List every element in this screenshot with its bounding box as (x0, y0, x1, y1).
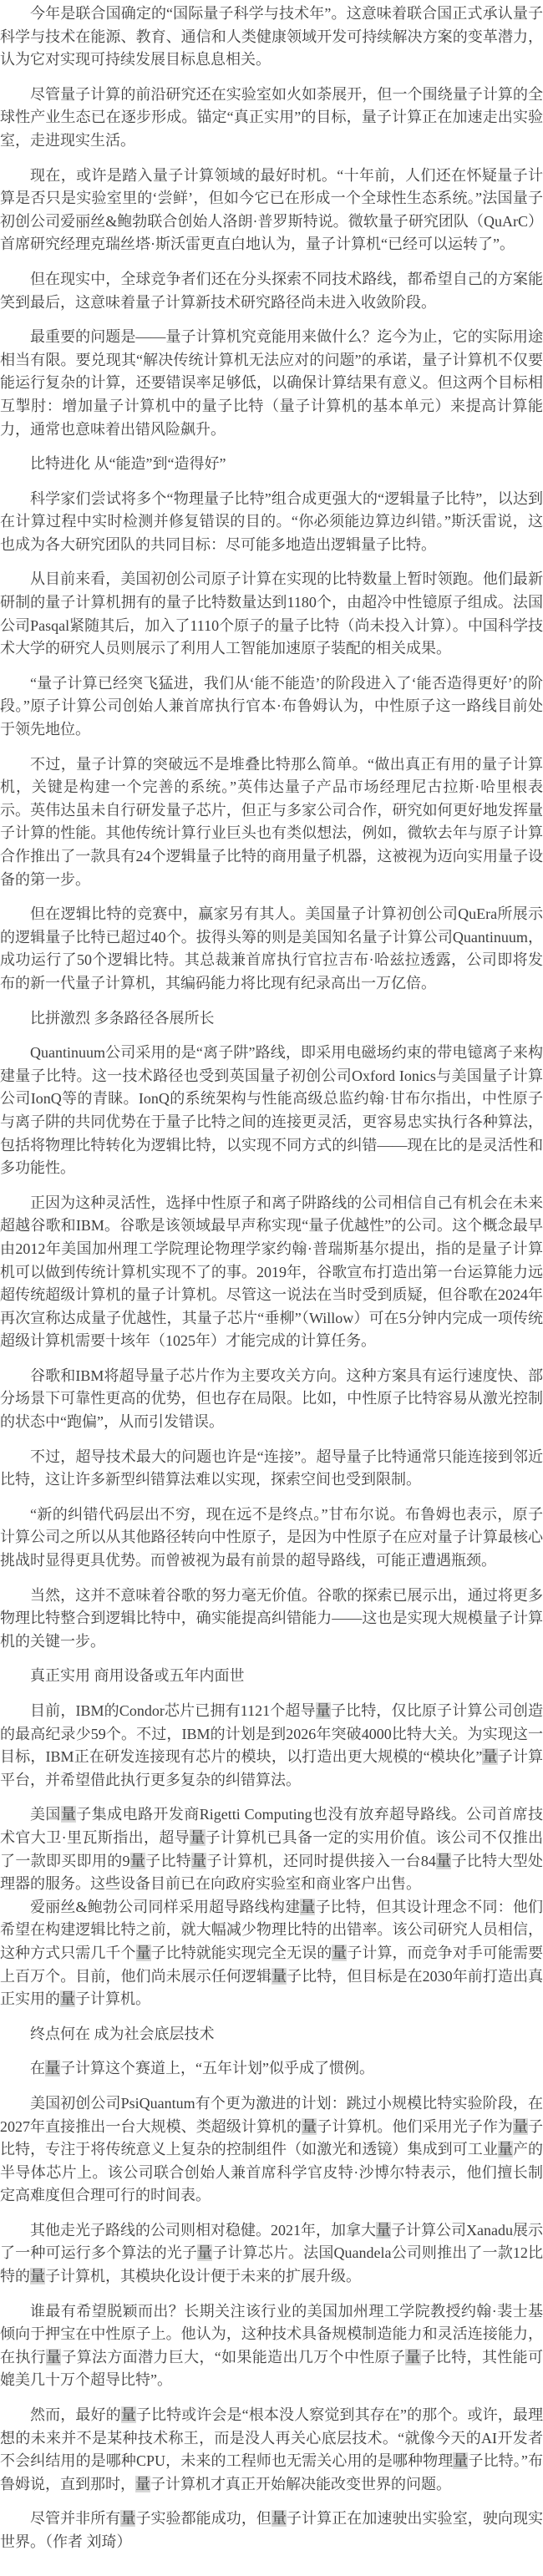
article-paragraph: 尽管量子计算的前沿研究还在实验室如火如荼展开，但一个围绕量子计算的全球性产业生态… (0, 84, 543, 153)
article-paragraph: 尽管并非所有量子实验都能成功，但量子计算正在加速驶出实验室，驶向现实世界。（作者… (0, 2508, 543, 2553)
article-paragraph: 但在逻辑比特的竞赛中，赢家另有其人。美国量子计算初创公司QuEra所展示的逻辑量… (0, 903, 543, 995)
section-heading: 终点何在 成为社会底层技术 (0, 2023, 543, 2046)
highlighted-char: 量 (130, 1853, 146, 1869)
highlighted-char: 量 (135, 2476, 150, 2492)
article-paragraph: 正因为这种灵活性，选择中性原子和离子阱路线的公司相信自己有机会在未来超越谷歌和I… (0, 1192, 543, 1353)
article-paragraph: “量子计算已经突飞猛进，我们从‘能不能造’的阶段进入了‘能否造得更好’的阶段。”… (0, 672, 543, 742)
highlighted-char: 量 (45, 2060, 60, 2077)
highlighted-char: 量 (316, 1702, 331, 1719)
article-paragraph: “新的纠错代码层出不穷，现在远不是终点。”甘布尔说。布鲁姆也表示，原子计算公司之… (0, 1504, 543, 1573)
highlighted-char: 量 (30, 2268, 45, 2284)
highlighted-char: 量 (136, 1945, 151, 1961)
highlighted-char: 量 (191, 1853, 206, 1869)
article-paragraph: Quantinuum公司采用的是“离子阱”路线，即采用电磁场约束的带电镱离子来构… (0, 1042, 543, 1180)
article-paragraph: 然而，最好的量子比特或许会是“根本没人察觉到其存在”的那个。或许，最理想的未来并… (0, 2404, 543, 2496)
article-paragraph: 当然，这并不意味着谷歌的努力毫无价值。谷歌的探索已展示出，通过将更多物理比特整合… (0, 1585, 543, 1654)
article-paragraph: 在量子计算这个赛道上，“五年计划”似乎成了惯例。 (0, 2057, 543, 2081)
article-paragraph: 谁最有希望脱颖而出？长期关注该行业的美国加州理工学院教授约翰·裴士基倾向于押宝在… (0, 2300, 543, 2392)
article-paragraph: 不过，量子计算的突破远不是堆叠比特那么简单。“做出真正有用的量子计算机，关键是构… (0, 753, 543, 892)
highlighted-char: 量 (332, 1945, 347, 1961)
article-paragraph: 谷歌和IBM将超导量子芯片作为主要攻关方向。这种方案具有运行速度快、部分场景下可… (0, 1365, 543, 1434)
article-paragraph: 但在现实中，全球竞争者们还在分头探索不同技术路线，都希望自己的方案能笑到最后，这… (0, 268, 543, 314)
article-paragraph: 今年是联合国确定的“国际量子科学与技术年”。这意味着联合国正式承认量子科学与技术… (0, 3, 543, 72)
highlighted-char: 量 (513, 2118, 528, 2135)
highlighted-char: 量 (302, 2118, 317, 2135)
highlighted-char: 量 (120, 2510, 135, 2527)
article-paragraph: 美国初创公司PsiQuantum有个更为激进的计划：跳过小规模比特实验阶段，在2… (0, 2092, 543, 2208)
section-heading: 比拼激烈 多条路径各展所长 (0, 1007, 543, 1031)
highlighted-char: 量 (60, 1990, 75, 2007)
highlighted-char: 量 (300, 1899, 315, 1915)
highlighted-char: 量 (190, 1829, 205, 1846)
article-paragraph: 爱丽丝&鲍勃公司同样采用超导路线构建量子比特，但其设计理念不同：他们希望在构建逻… (0, 1896, 543, 2011)
section-heading: 比特进化 从“能造”到“造得好” (0, 453, 543, 476)
article-body: 今年是联合国确定的“国际量子科学与技术年”。这意味着联合国正式承认量子科学与技术… (0, 0, 543, 2576)
article-paragraph: 其他走光子路线的公司则相对稳健。2021年，加拿大量子计算公司Xanadu展示了… (0, 2219, 543, 2289)
article-page: 今年是联合国确定的“国际量子科学与技术年”。这意味着联合国正式承认量子科学与技术… (0, 0, 543, 2576)
article-paragraph: 目前，IBM的Condor芯片已拥有1121个超导量子比特，仅比原子计算公司创造… (0, 1700, 543, 1792)
article-paragraph: 美国量子集成电路开发商Rigetti Computing也没有放弃超导路线。公司… (0, 1803, 543, 1895)
section-heading: 真正实用 商用设备或五年内面世 (0, 1665, 543, 1688)
article-paragraph: 最重要的问题是——量子计算机究竟能用来做什么？迄今为止，它的实际用途相当有限。要… (0, 326, 543, 441)
article-paragraph: 从目前来看，美国初创公司原子计算在实现的比特数量上暂时领跑。他们最新研制的量子计… (0, 568, 543, 660)
highlighted-char: 量 (197, 2244, 212, 2261)
highlighted-char: 量 (271, 2510, 287, 2527)
highlighted-char: 量 (482, 1748, 497, 1765)
highlighted-char: 量 (436, 1853, 452, 1869)
highlighted-char: 量 (405, 2349, 420, 2366)
highlighted-char: 量 (121, 2406, 136, 2423)
highlighted-char: 量 (46, 2349, 61, 2366)
article-paragraph: 不过，超导技术最大的问题也许是“连接”。超导量子比特通常只能连接到邻近比特，这让… (0, 1446, 543, 1492)
highlighted-char: 量 (376, 2222, 391, 2239)
highlighted-char: 量 (498, 2141, 513, 2158)
highlighted-char: 量 (453, 2452, 468, 2469)
article-paragraph: 科学家们尝试将多个“物理量子比特”组合成更强大的“逻辑量子比特”，以达到在计算过… (0, 488, 543, 557)
highlighted-char: 量 (61, 1806, 76, 1823)
article-paragraph: 现在，或许是踏入量子计算领域的最好时机。“十年前，人们还在怀疑量子计算是否只是实… (0, 165, 543, 256)
highlighted-char: 量 (271, 1968, 287, 1985)
